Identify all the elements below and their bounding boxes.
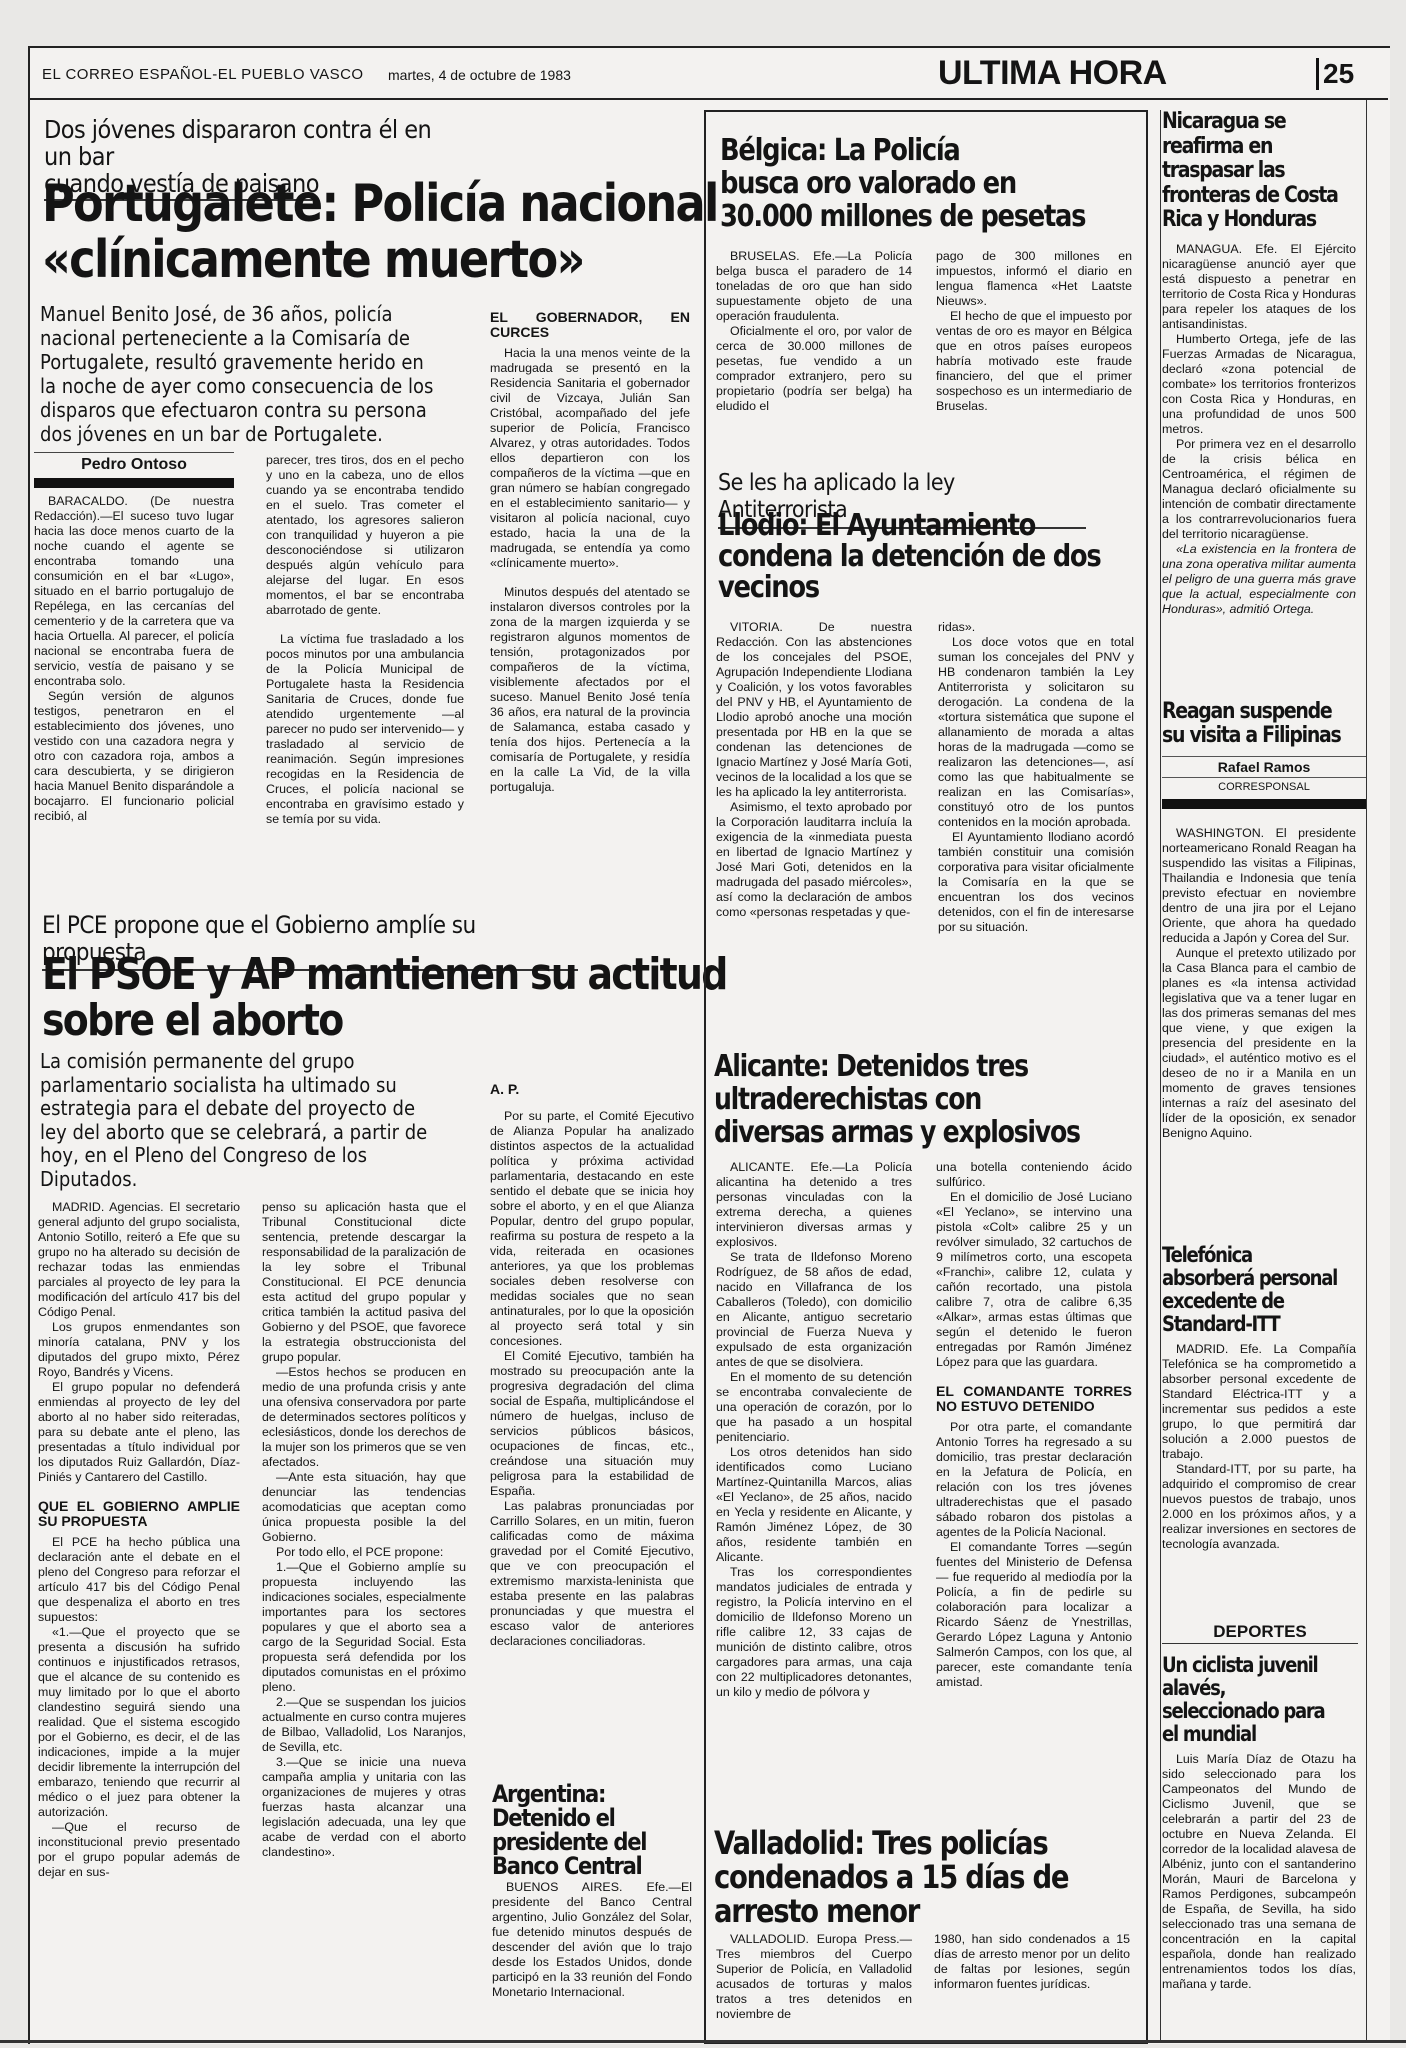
reagan-body: WASHINGTON. El presidente norteamericano… [1162, 826, 1356, 1141]
byline-rule [34, 452, 234, 453]
headline-line: su visita a Filipinas [1162, 724, 1340, 748]
headline-line: vecinos [718, 572, 1100, 603]
headline-line: ultraderechistas con [714, 1083, 1080, 1116]
nicaragua-body: MANAGUA. Efe. El Ejército nicaragüense a… [1162, 242, 1356, 617]
subhead: A. P. [490, 1082, 694, 1097]
valladolid-headline: Valladolid: Tres policías condenados a 1… [714, 1826, 1068, 1928]
paragraph: Por todo ello, el PCE propone: [262, 1545, 466, 1560]
paragraph: BRUSELAS. Efe.—La Policía belga busca el… [716, 249, 912, 324]
belgica-col-1: BRUSELAS. Efe.—La Policía belga busca el… [716, 249, 912, 414]
argentina-headline: Argentina: Detenido el presidente del Ba… [492, 1782, 646, 1878]
paragraph: Las palabras pronunciadas por Carrillo S… [490, 1499, 694, 1649]
paragraph: Tras los correspondientes mandatos judic… [716, 1565, 912, 1700]
headline-line: Rica y Honduras [1162, 208, 1338, 233]
paragraph: Standard-ITT, por su parte, ha adquirido… [1162, 1462, 1356, 1552]
headline-line: excedente de [1162, 1290, 1337, 1313]
headline-line: Alicante: Detenidos tres [714, 1050, 1080, 1083]
byline-bar [34, 478, 234, 488]
headline-line: Banco Central [492, 1854, 646, 1878]
paragraph: ALICANTE. Efe.—La Policía alicantina ha … [716, 1160, 912, 1250]
paragraph: El grupo popular no defenderá enmiendas … [38, 1380, 240, 1485]
headline-line: Valladolid: Tres policías [714, 1826, 1068, 1860]
paragraph: BUENOS AIRES. Efe.—El presidente del Ban… [492, 1880, 692, 2000]
portugalete-col-3: EL GOBERNADOR, EN CURCES Hacia la una me… [490, 310, 690, 795]
issue-date: martes, 4 de octubre de 1983 [388, 67, 571, 83]
headline-line: Nicaragua se [1162, 110, 1338, 135]
headline-line: presidente del [492, 1830, 646, 1854]
byline-rule [1162, 756, 1366, 757]
reagan-headline: Reagan suspende su visita a Filipinas [1162, 700, 1340, 748]
belgica-headline: Bélgica: La Policía busca oro valorado e… [720, 134, 1085, 233]
paragraph: El comandante Torres —según fuentes del … [936, 1540, 1132, 1690]
deportes-section-title: DEPORTES [1162, 1622, 1358, 1642]
headline-line: Argentina: [492, 1782, 646, 1806]
telefonica-body: MADRID. Efe. La Compañía Telefónica se h… [1162, 1342, 1356, 1552]
headline-line: reafirma en [1162, 135, 1338, 160]
paragraph: Se trata de Ildefonso Moreno Rodríguez, … [716, 1250, 912, 1370]
nicaragua-headline: Nicaragua se reafirma en traspasar las f… [1162, 110, 1338, 233]
headline-line: Detenido el [492, 1806, 646, 1830]
paragraph: Según versión de algunos testigos, penet… [34, 689, 234, 824]
byline: Pedro Ontoso [34, 456, 234, 474]
paragraph: pago de 300 millones en impuestos, infor… [936, 249, 1132, 309]
paragraph: WASHINGTON. El presidente norteamericano… [1162, 826, 1356, 946]
headline-line: Un ciclista juvenil [1162, 1654, 1324, 1677]
headline-line: Reagan suspende [1162, 700, 1340, 724]
headline-line: busca oro valorado en [720, 167, 1085, 200]
paragraph: MADRID. Efe. La Compañía Telefónica se h… [1162, 1342, 1356, 1462]
headline-line: traspasar las [1162, 159, 1338, 184]
alicante-headline: Alicante: Detenidos tres ultraderechista… [714, 1050, 1080, 1149]
llodio-col-2: ridas». Los doce votos que en total suma… [938, 620, 1134, 935]
headline-line-2: «clínicamente muerto» [42, 232, 718, 288]
paragraph: Los otros detenidos han sido identificad… [716, 1445, 912, 1565]
headline-line: Bélgica: La Policía [720, 134, 1085, 167]
portugalete-lead: Manuel Benito José, de 36 años, policía … [40, 302, 436, 446]
page-number: 25 [1316, 58, 1354, 90]
paragraph: una botella conteniendo ácido sulfúrico. [936, 1160, 1132, 1190]
byline-rule [1162, 777, 1366, 778]
paragraph: —Ante esta situación, hay que denunciar … [262, 1470, 466, 1545]
subhead: EL COMANDANTE TORRES NO ESTUVO DETENIDO [936, 1384, 1132, 1414]
paragraph: El PCE ha hecho pública una declaración … [38, 1535, 240, 1625]
headline-line-1: Portugalete: Policía nacional [42, 176, 718, 232]
section-rule [1162, 1643, 1358, 1644]
headline-line: arresto menor [714, 1894, 1068, 1928]
headline-line: el mundial [1162, 1723, 1324, 1746]
headline-line: condena la detención de dos [718, 541, 1100, 572]
page-bottom-edge [0, 2040, 1406, 2043]
paragraph: 1.—Que el Gobierno amplíe su propuesta i… [262, 1560, 466, 1695]
headline-line: Telefónica [1162, 1244, 1337, 1267]
paragraph: En el momento de su detención se encontr… [716, 1370, 912, 1445]
paragraph: VALLADOLID. Europa Press.—Tres miembros … [716, 1932, 912, 2022]
column-rule [1160, 110, 1161, 2040]
paragraph: Hacia la una menos veinte de la madrugad… [490, 346, 690, 571]
byline-bar [1162, 799, 1366, 809]
telefonica-headline: Telefónica absorberá personal excedente … [1162, 1244, 1337, 1336]
portugalete-headline: Portugalete: Policía nacional «clínicame… [42, 176, 718, 288]
aborto-headline: El PSOE y AP mantienen su actitud sobre … [42, 952, 727, 1044]
valladolid-col-2: 1980, han sido condenados a 15 días de a… [934, 1932, 1130, 1992]
aborto-lead: La comisión permanente del grupo parlame… [40, 1050, 434, 1191]
paragraph: 3.—Que se inicie una nueva campaña ampli… [262, 1755, 466, 1860]
paragraph: El Comité Ejecutivo, también ha mostrado… [490, 1349, 694, 1499]
subhead: QUE EL GOBIERNO AMPLIE SU PROPUESTA [38, 1499, 240, 1529]
paragraph: Humberto Ortega, jefe de las Fuerzas Arm… [1162, 332, 1356, 437]
alicante-col-2: una botella conteniendo ácido sulfúrico.… [936, 1160, 1132, 1690]
valladolid-col-1: VALLADOLID. Europa Press.—Tres miembros … [716, 1932, 912, 2022]
paragraph: El Ayuntamiento llodiano acordó también … [938, 830, 1134, 935]
paragraph: penso su aplicación hasta que el Tribuna… [262, 1200, 466, 1365]
paragraph: Luis María Díaz de Otazu ha sido selecci… [1162, 1752, 1356, 1992]
paragraph: —Estos hechos se producen en medio de un… [262, 1365, 466, 1470]
paragraph: Los grupos enmendantes son minoría catal… [38, 1320, 240, 1380]
headline-line: diversas armas y explosivos [714, 1116, 1080, 1149]
headline-line: fronteras de Costa [1162, 184, 1338, 209]
alicante-col-1: ALICANTE. Efe.—La Policía alicantina ha … [716, 1160, 912, 1700]
deportes-section-block: DEPORTES [1162, 1622, 1358, 1644]
byline-block: Pedro Ontoso [34, 452, 234, 488]
headline-line-2: sobre el aborto [42, 998, 727, 1044]
paragraph: En el domicilio de José Luciano «El Yecl… [936, 1190, 1132, 1370]
paragraph: «La existencia en la frontera de una zon… [1162, 542, 1356, 617]
deportes-body: Luis María Díaz de Otazu ha sido selecci… [1162, 1752, 1356, 1992]
subhead: EL GOBERNADOR, EN CURCES [490, 310, 690, 340]
paragraph: —Que el recurso de inconstitucional prev… [38, 1820, 240, 1880]
byline-role: CORRESPONSAL [1162, 781, 1366, 793]
portugalete-col-2: parecer, tres tiros, dos en el pecho y u… [266, 453, 464, 827]
paragraph: MADRID. Agencias. El secretario general … [38, 1200, 240, 1320]
paragraph: Aunque el pretexto utilizado por la Casa… [1162, 946, 1356, 1141]
belgica-col-2: pago de 300 millones en impuestos, infor… [936, 249, 1132, 414]
reagan-byline-block: Rafael Ramos CORRESPONSAL [1162, 756, 1366, 809]
paragraph: Asimismo, el texto aprobado por la Corpo… [716, 800, 912, 920]
argentina-body: BUENOS AIRES. Efe.—El presidente del Ban… [492, 1880, 692, 2000]
paragraph: 2.—Que se suspendan los juicios actualme… [262, 1695, 466, 1755]
portugalete-col-1: BARACALDO. (De nuestra Redacción).—El su… [34, 494, 234, 824]
aborto-col-2: penso su aplicación hasta que el Tribuna… [262, 1200, 466, 1860]
headline-line: alavés, [1162, 1677, 1324, 1700]
paragraph: MANAGUA. Efe. El Ejército nicaragüense a… [1162, 242, 1356, 332]
headline-line-1: El PSOE y AP mantienen su actitud [42, 952, 727, 998]
kicker-line-1: Dos jóvenes dispararon contra él en un b… [44, 116, 442, 170]
paragraph: Por primera vez en el desarrollo de la c… [1162, 437, 1356, 542]
paragraph: 1980, han sido condenados a 15 días de a… [934, 1932, 1130, 1992]
headline-line: seleccionado para [1162, 1700, 1324, 1723]
paragraph: Por otra parte, el comandante Antonio To… [936, 1420, 1132, 1540]
paragraph: «1.—Que el proyecto que se presenta a di… [38, 1625, 240, 1820]
section-title: ULTIMA HORA [938, 54, 1167, 93]
paragraph: Por su parte, el Comité Ejecutivo de Ali… [490, 1109, 694, 1349]
byline: Rafael Ramos [1162, 759, 1366, 775]
headline-line: Standard-ITT [1162, 1313, 1337, 1336]
paragraph: BARACALDO. (De nuestra Redacción).—El su… [34, 494, 234, 689]
llodio-col-1: VITORIA. De nuestra Redacción. Con las a… [716, 620, 912, 920]
masthead-rule [28, 98, 1388, 100]
deportes-headline: Un ciclista juvenil alavés, seleccionado… [1162, 1654, 1324, 1746]
paper-name: EL CORREO ESPAÑOL-EL PUEBLO VASCO [42, 66, 364, 83]
aborto-col-1: MADRID. Agencias. El secretario general … [38, 1200, 240, 1880]
headline-line: condenados a 15 días de [714, 1860, 1068, 1894]
paragraph: Los doce votos que en total suman los co… [938, 635, 1134, 830]
paragraph: VITORIA. De nuestra Redacción. Con las a… [716, 620, 912, 800]
paragraph: parecer, tres tiros, dos en el pecho y u… [266, 453, 464, 618]
page-edge-rule [1366, 100, 1367, 2040]
paragraph: El hecho de que el impuesto por ventas d… [936, 309, 1132, 414]
aborto-col-3: A. P. Por su parte, el Comité Ejecutivo … [490, 1082, 694, 1649]
paragraph: ridas». [938, 620, 1134, 635]
llodio-headline: Llodio: El Ayuntamiento condena la deten… [718, 510, 1100, 603]
headline-line: absorberá personal [1162, 1267, 1337, 1290]
headline-line: 30.000 millones de pesetas [720, 200, 1085, 233]
paragraph: Oficialmente el oro, por valor de cerca … [716, 324, 912, 414]
paragraph: Minutos después del atentado se instalar… [490, 585, 690, 795]
paragraph: La víctima fue trasladado a los pocos mi… [266, 632, 464, 827]
headline-line: Llodio: El Ayuntamiento [718, 510, 1100, 541]
